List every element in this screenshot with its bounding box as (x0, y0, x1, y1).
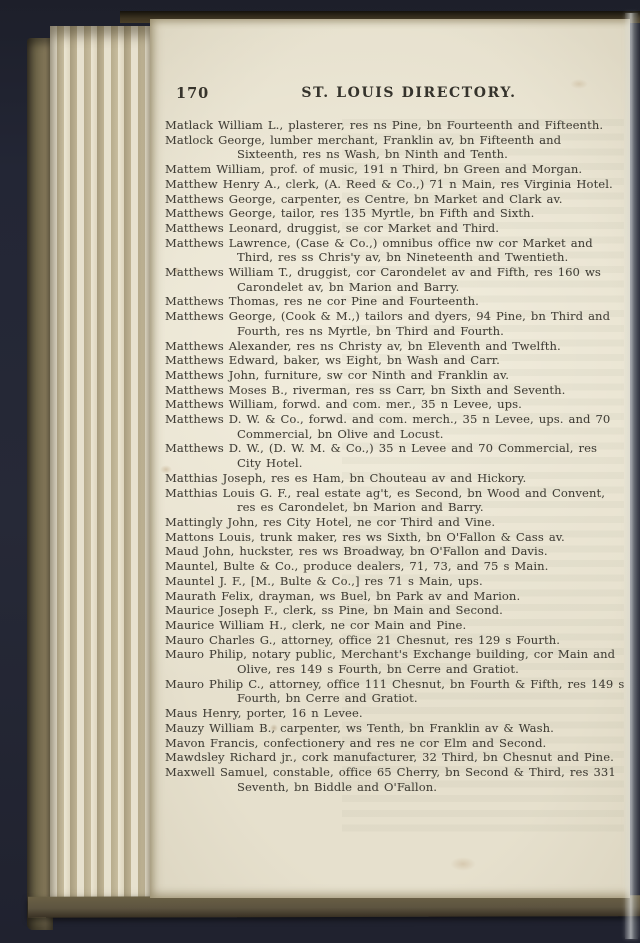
directory-entry: Mauntel J. F., [M., Bulte & Co.,] res 71… (165, 574, 625, 589)
directory-entry: Maus Henry, porter, 16 n Levee. (165, 706, 625, 721)
directory-entry: Matthews George, carpenter, es Centre, b… (165, 192, 625, 207)
directory-entry: Mauro Philip C., attorney, office 111 Ch… (165, 677, 625, 706)
directory-entry: Matthews D. W., (D. W. M. & Co.,) 35 n L… (165, 441, 625, 470)
directory-entry: Matthias Louis G. F., real estate ag't, … (165, 486, 625, 515)
running-title: ST. LOUIS DIRECTORY. (165, 85, 623, 101)
glass-edge (625, 13, 638, 939)
directory-entry: Maud John, huckster, res ws Broadway, bn… (165, 544, 625, 559)
book-scan: 170 ST. LOUIS DIRECTORY. Matlack William… (0, 0, 640, 943)
directory-page: 170 ST. LOUIS DIRECTORY. Matlack William… (150, 19, 630, 898)
directory-entry: Mauro Charles G., attorney, office 21 Ch… (165, 633, 625, 648)
directory-entry: Maurice William H., clerk, ne cor Main a… (165, 618, 625, 633)
directory-entry: Matlock George, lumber merchant, Frankli… (165, 133, 625, 162)
directory-entry: Matthews Edward, baker, ws Eight, bn Was… (165, 353, 625, 368)
page-header: 170 ST. LOUIS DIRECTORY. (165, 85, 623, 107)
directory-entries: Matlack William L., plasterer, res ns Pi… (165, 118, 625, 794)
directory-entry: Matthews D. W. & Co., forwd. and com. me… (165, 412, 625, 441)
directory-entry: Mauzy William B., carpenter, ws Tenth, b… (165, 721, 625, 736)
directory-entry: Mavon Francis, confectionery and res ne … (165, 736, 625, 751)
directory-entry: Mattem William, prof. of music, 191 n Th… (165, 162, 625, 177)
directory-entry: Matthews Alexander, res ns Christy av, b… (165, 339, 625, 354)
directory-entry: Mattingly John, res City Hotel, ne cor T… (165, 515, 625, 530)
directory-entry: Matthews George, tailor, res 135 Myrtle,… (165, 206, 625, 221)
directory-entry: Mawdsley Richard jr., cork manufacturer,… (165, 750, 625, 765)
directory-entry: Mauntel, Bulte & Co., produce dealers, 7… (165, 559, 625, 574)
directory-entry: Matthews John, furniture, sw cor Ninth a… (165, 368, 625, 383)
foxing-stain (450, 857, 476, 871)
directory-entry: Maurath Felix, drayman, ws Buel, bn Park… (165, 589, 625, 604)
directory-entry: Matthews Thomas, res ne cor Pine and Fou… (165, 294, 625, 309)
directory-entry: Matlack William L., plasterer, res ns Pi… (165, 118, 625, 133)
directory-entry: Matthews Lawrence, (Case & Co.,) omnibus… (165, 236, 625, 265)
directory-entry: Matthews George, (Cook & M.,) tailors an… (165, 309, 625, 338)
directory-entry: Matthews Leonard, druggist, se cor Marke… (165, 221, 625, 236)
directory-entry: Mattons Louis, trunk maker, res ws Sixth… (165, 530, 625, 545)
directory-entry: Matthew Henry A., clerk, (A. Reed & Co.,… (165, 177, 625, 192)
directory-entry: Matthews William T., druggist, cor Caron… (165, 265, 625, 294)
book-page-edges (50, 26, 152, 914)
directory-entry: Maxwell Samuel, constable, office 65 Che… (165, 765, 625, 794)
directory-entry: Mauro Philip, notary public, Merchant's … (165, 647, 625, 676)
directory-entry: Matthews Moses B., riverman, res ss Carr… (165, 383, 625, 398)
book-bottom-edge (28, 895, 640, 918)
directory-entry: Matthews William, forwd. and com. mer., … (165, 397, 625, 412)
directory-entry: Maurice Joseph F., clerk, ss Pine, bn Ma… (165, 603, 625, 618)
directory-entry: Matthias Joseph, res es Ham, bn Chouteau… (165, 471, 625, 486)
